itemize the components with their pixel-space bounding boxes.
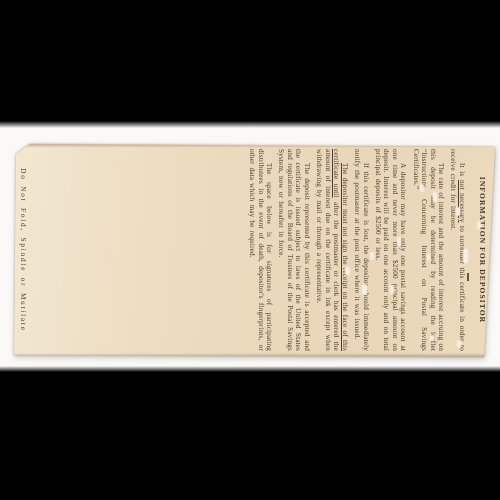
- fold-warning-text: Do Not Fold, Spindle or Mutilate: [19, 143, 27, 357]
- paragraph-account-limit: A depositor may have only one postal sav…: [373, 149, 407, 351]
- scuff-mark: [362, 284, 367, 295]
- scuff-mark: [433, 192, 437, 202]
- scuff-mark: [430, 335, 434, 341]
- paragraph-do-not-sign: The depositor must not sign the receipt …: [315, 149, 349, 351]
- scuff-mark: [457, 340, 461, 348]
- page-title: INFORMATION FOR DEPOSITOR: [478, 149, 487, 351]
- certificate-card-wrap: INFORMATION FOR DEPOSITOR It is not nece…: [0, 0, 500, 500]
- scuff-mark: [390, 285, 394, 294]
- scuff-mark: [463, 249, 468, 263]
- ink-dash-mark: [468, 273, 470, 281]
- paragraph-laws-regulations: The deposit represented by this certific…: [277, 149, 311, 351]
- paragraph-text: It is: [458, 163, 466, 180]
- scuff-mark: [397, 237, 401, 246]
- paragraph-lost-certificate: If this certificate is lost, the deposit…: [352, 149, 369, 351]
- certificate-page-rotated: INFORMATION FOR DEPOSITOR It is not nece…: [15, 143, 494, 357]
- certificate-back-card: INFORMATION FOR DEPOSITOR It is not nece…: [14, 143, 495, 357]
- photo-scan: INFORMATION FOR DEPOSITOR It is not nece…: [0, 0, 500, 500]
- scuff-mark: [420, 184, 424, 192]
- scuff-mark: [427, 254, 430, 261]
- underlined-text: not necessary: [458, 180, 466, 223]
- scuff-mark: [345, 267, 350, 275]
- scuff-mark: [456, 207, 460, 216]
- paragraph-space-below: The space below is for signatures of par…: [247, 149, 273, 351]
- paragraph-interest-rate: The rate of interest and the amount of i…: [411, 149, 445, 351]
- scuff-mark: [370, 252, 374, 260]
- scuff-mark: [477, 221, 481, 229]
